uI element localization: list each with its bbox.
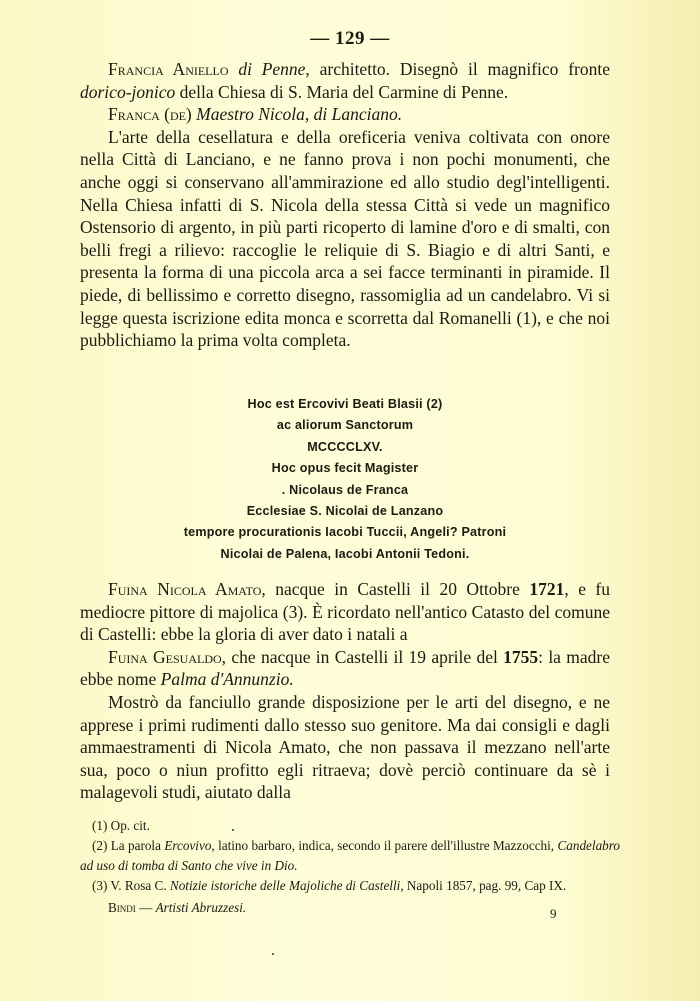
signature-title: Artisti Abruzzesi. (156, 900, 247, 915)
inscription-line: MCCCCLXV. (80, 437, 610, 458)
inscription-line: tempore procurationis Iacobi Tuccii, Ang… (80, 522, 610, 543)
main-text-upper: Francia Aniello di Penne, architetto. Di… (80, 58, 610, 352)
inscription-line: Nicolai de Palena, Iacobi Antonii Tedoni… (80, 544, 610, 565)
footnote-2: (2) La parola Ercovivo, latino barbaro, … (80, 836, 620, 876)
entry-fuina-gesualdo: Fuina Gesualdo, che nacque in Castelli i… (80, 646, 610, 691)
footnote-3: (3) V. Rosa C. Notizie istoriche delle M… (80, 876, 620, 896)
footnote-1: (1) Op. cit. (80, 816, 620, 836)
book-page: — 129 — Francia Aniello di Penne, archit… (0, 0, 700, 1001)
scan-speck (272, 953, 274, 955)
inscription-line: Hoc opus fecit Magister (80, 458, 610, 479)
footnotes: (1) Op. cit. (2) La parola Ercovivo, lat… (80, 816, 620, 918)
paragraph-oreficeria: L'arte della cesellatura e della orefice… (80, 126, 610, 352)
signature-line: Bindi — Artisti Abruzzesi. (80, 898, 620, 918)
entry-name: Franca (de) (108, 104, 192, 124)
entry-fuina-nicola-amato: Fuina Nicola Amato, nacque in Castelli i… (80, 578, 610, 646)
inscription-line: . Nicolaus de Franca (80, 480, 610, 501)
paragraph-gesualdo-training: Mostrò da fanciullo grande disposizione … (80, 691, 610, 804)
inscription-line: Ecclesiae S. Nicolai de Lanzano (80, 501, 610, 522)
page-number: — 129 — (0, 28, 700, 50)
main-text-lower: Fuina Nicola Amato, nacque in Castelli i… (80, 578, 610, 804)
entry-francia-aniello: Francia Aniello di Penne, architetto. Di… (80, 58, 610, 103)
entry-name: Fuina Nicola Amato, (108, 579, 266, 599)
entry-name: Francia Aniello (108, 59, 229, 79)
inscription-line: ac aliorum Sanctorum (80, 415, 610, 436)
gathering-signature-mark: 9 (550, 906, 557, 922)
entry-franca-nicola: Franca (de) Maestro Nicola, di Lanciano. (80, 103, 610, 126)
entry-name: Fuina Gesualdo, (108, 647, 226, 667)
signature-author: Bindi (108, 900, 136, 915)
inscription-line: Hoc est Ercovivi Beati Blasii (2) (80, 394, 610, 415)
inscription-block: Hoc est Ercovivi Beati Blasii (2) ac ali… (80, 394, 610, 565)
scan-speck (232, 829, 234, 831)
